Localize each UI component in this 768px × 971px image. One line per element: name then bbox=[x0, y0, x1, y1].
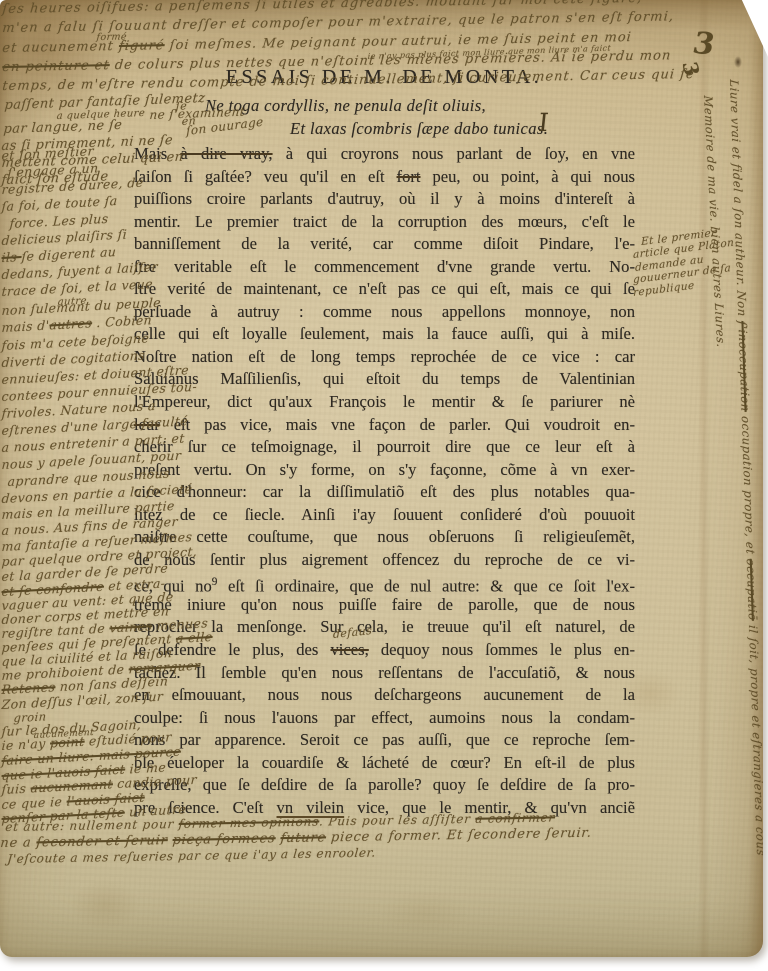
text-segment: perſuade à autruy : comme nous appellons… bbox=[134, 302, 635, 321]
text-segment: expreſſe, que ſe deſdire de ſa parolle? … bbox=[134, 775, 635, 794]
struck-text: a elle bbox=[176, 629, 213, 646]
hw-annotation-top: formé bbox=[96, 31, 127, 43]
text-segment: preſent vertu. On s'y forme, on s'y faço… bbox=[134, 460, 635, 479]
struck-text: pieça formees bbox=[172, 831, 276, 848]
text-segment: ſuis bbox=[1, 780, 31, 797]
text-segment: puiſſions croire parlants d'autruy, où i… bbox=[134, 189, 635, 208]
text-segment: ſaiſon ſi gaſtée? veu qu'il en eſt bbox=[134, 167, 397, 186]
text-segment: en eſmouuant, nous nous deſchargeons auc… bbox=[134, 685, 635, 704]
struck-text: ils bbox=[1, 249, 22, 265]
text-segment: ſe bbox=[176, 99, 188, 113]
text-segment: mais d' bbox=[1, 317, 50, 335]
print-line: cherir ſur ce teſmoignage, il pourroit d… bbox=[134, 436, 635, 459]
print-line: treme iniure qu'on nous puiſſe faire de … bbox=[134, 594, 635, 617]
text-segment: banniſſement de la verité, car comme diſ… bbox=[134, 234, 635, 253]
print-line: en eſmouuant, nous nous deſchargeons auc… bbox=[134, 684, 635, 707]
text-segment: Noſtre nation eſt de long temps reproché… bbox=[134, 347, 635, 366]
text-segment: naiſtre cette couſtume, que nous obſeruo… bbox=[134, 527, 635, 546]
text-segment: à qui croyrons nous parlant de ſoy, en v… bbox=[273, 144, 635, 163]
text-segment: il ſoit, propre et eſtrangieres a cous bbox=[746, 620, 763, 856]
hw-annotation-interlinear: ſe bbox=[176, 99, 188, 113]
struck-text: a confirmer bbox=[475, 810, 556, 825]
manuscript-page: ESSAIS DE M. DE MONTA. Ne toga cordyllis… bbox=[0, 0, 763, 957]
struck-text: former mes opinions bbox=[178, 815, 320, 831]
print-line: perſuade à autruy : comme nous appellons… bbox=[134, 301, 635, 324]
print-line: leur eſt pas vice, mais vne façon de par… bbox=[134, 414, 635, 437]
text-segment: nons par apparence. Seroit ce pas auſſi,… bbox=[134, 730, 635, 749]
print-line: litez de ce ſiecle. Ainſi i'ay ſouuent c… bbox=[134, 504, 635, 527]
struck-text: vices, bbox=[330, 640, 368, 659]
struck-text: ſeconder et ſeruir bbox=[36, 833, 169, 850]
text-segment: . Cobien bbox=[92, 312, 153, 330]
text-segment: celle qui eſt loyalle ſeulement, mais la… bbox=[134, 324, 635, 343]
print-line: cice d'honneur: car la diſſimulatiõ eſt … bbox=[134, 481, 635, 504]
text-segment: ble éueloper la couardiſe & lácheté de c… bbox=[134, 753, 635, 772]
print-line: ſaiſon ſi gaſtée? veu qu'il en eſt fort … bbox=[134, 166, 635, 189]
struck-text: occupatiō bbox=[744, 558, 760, 621]
epigraph-line-2: Et laxas ſcombris ſæpe dabo tunicas. bbox=[290, 119, 548, 139]
hw-annotation-interlinear: I bbox=[537, 108, 550, 137]
struck-text: à dire vray, bbox=[180, 144, 272, 163]
text-segment: Saluianus Maſſilienſis, qui eſtoit du te… bbox=[134, 369, 635, 388]
text-segment: et autre: nullement pour bbox=[5, 817, 180, 834]
print-block: Mais à dire vray, à qui croyrons nous pa… bbox=[134, 143, 635, 819]
print-line: de nous ſentir plus aigrement offencez d… bbox=[134, 549, 635, 572]
hw-annotation-top: par langue, ne ſe bbox=[3, 118, 123, 137]
print-line: mentir. Le premier traict de la corrupti… bbox=[134, 211, 635, 234]
text-segment: piece a former. Et ſecondere ſeruir. bbox=[325, 826, 592, 846]
text-segment: treme iniure qu'on nous puiſſe faire de … bbox=[134, 595, 635, 614]
print-line: ce, qui no9 eſt ſi ordinaire, que de nul… bbox=[134, 571, 635, 594]
text-segment: dequoy nous ſommes le plus en- bbox=[369, 640, 635, 659]
print-line: l'Empereur, dict qu'aux François le ment… bbox=[134, 391, 635, 414]
hw-annotation-right: Memoire de ma vie. bien autres Liures. bbox=[701, 95, 728, 348]
text-segment: 3 bbox=[677, 60, 705, 78]
text-segment: ſtre veritable eſt le commencement d'vne… bbox=[134, 257, 635, 276]
print-line: nons par apparence. Seroit ce pas auſſi,… bbox=[134, 729, 635, 752]
text-segment: . Puis pour les aſſiſter bbox=[319, 812, 476, 829]
text-segment: formé bbox=[96, 31, 127, 43]
ink-speck bbox=[734, 56, 742, 68]
text-segment: Memoire de ma vie. bien autres Liures. bbox=[701, 95, 728, 348]
hw-annotation-right: 3 bbox=[690, 26, 718, 63]
struck-text: autres bbox=[49, 315, 92, 332]
text-segment: coulpe: ſi nous l'auons par effect, aumo… bbox=[134, 708, 635, 727]
text-segment: par langue, ne ſe bbox=[3, 118, 123, 137]
print-line: celle qui eſt loyalle ſeulement, mais la… bbox=[134, 323, 635, 346]
scanned-page-canvas: ESSAIS DE M. DE MONTA. Ne toga cordyllis… bbox=[0, 0, 768, 971]
struck-text: fort bbox=[397, 167, 421, 186]
text-segment: mentir. Le premier traict de la corrupti… bbox=[134, 212, 635, 231]
text-segment: l'Empereur, dict qu'aux François le ment… bbox=[134, 392, 635, 411]
epigraph-line-1: Ne toga cordyllis, ne penula deſit oliui… bbox=[205, 96, 486, 116]
struck-text: en peinture et bbox=[2, 58, 111, 75]
text-segment: ne a bbox=[0, 835, 37, 851]
text-segment: occupation propre, et bbox=[739, 411, 758, 559]
print-line: puiſſions croire parlants d'autruy, où i… bbox=[134, 188, 635, 211]
print-line: Noſtre nation eſt de long temps reproché… bbox=[134, 346, 635, 369]
foxing-spot bbox=[70, 880, 140, 930]
text-segment: eſt pas vice, mais vne façon de parler. … bbox=[160, 415, 635, 434]
struck-text: future bbox=[280, 830, 327, 846]
foxing-spot bbox=[380, 890, 470, 936]
text-segment: cice d'honneur: car la diſſimulatiõ eſt … bbox=[134, 482, 635, 501]
struck-text: ſ'inoccupation bbox=[735, 321, 752, 413]
print-line: coulpe: ſi nous l'auons par effect, aumo… bbox=[134, 707, 635, 730]
print-line: preſent vertu. On s'y forme, on s'y faço… bbox=[134, 459, 635, 482]
print-line: tachez. Il ſemble qu'en nous reſſentans … bbox=[134, 662, 635, 685]
text-segment: de nous ſentir plus aigrement offencez d… bbox=[134, 550, 635, 569]
print-line: ble éueloper la couardiſe & lácheté de c… bbox=[134, 752, 635, 775]
print-line: Saluianus Maſſilienſis, qui eſtoit du te… bbox=[134, 368, 635, 391]
text-segment: ſtre verité de maintenant, ce n'eſt pas … bbox=[134, 279, 635, 298]
print-line: expreſſe, que ſe deſdire de ſa parolle? … bbox=[134, 774, 635, 797]
text-segment: litez de ce ſiecle. Ainſi i'ay ſouuent c… bbox=[134, 505, 635, 524]
text-segment: Liure vrai et fidel a ſon autheur. Non bbox=[727, 79, 749, 321]
text-segment: cherir ſur ce teſmoignage, il pourroit d… bbox=[134, 437, 635, 456]
text-segment: I bbox=[537, 108, 550, 137]
hw-annotation-right: Liure vrai et fidel a ſon autheur. Non ſ… bbox=[727, 79, 763, 857]
print-line: banniſſement de la verité, car comme diſ… bbox=[134, 233, 635, 256]
text-segment: 3 bbox=[690, 26, 718, 63]
print-line: naiſtre cette couſtume, que nous obſeruo… bbox=[134, 526, 635, 549]
hw-annotation-right: 3 bbox=[677, 60, 705, 78]
print-line: ſtre veritable eſt le commencement d'vne… bbox=[134, 256, 635, 279]
text-segment: peu, ou point, à qui nous bbox=[421, 167, 635, 186]
print-line: ſtre verité de maintenant, ce n'eſt pas … bbox=[134, 278, 635, 301]
text-segment: tachez. Il ſemble qu'en nous reſſentans … bbox=[134, 663, 635, 682]
print-line: Mais à dire vray, à qui croyrons nous pa… bbox=[134, 143, 635, 166]
